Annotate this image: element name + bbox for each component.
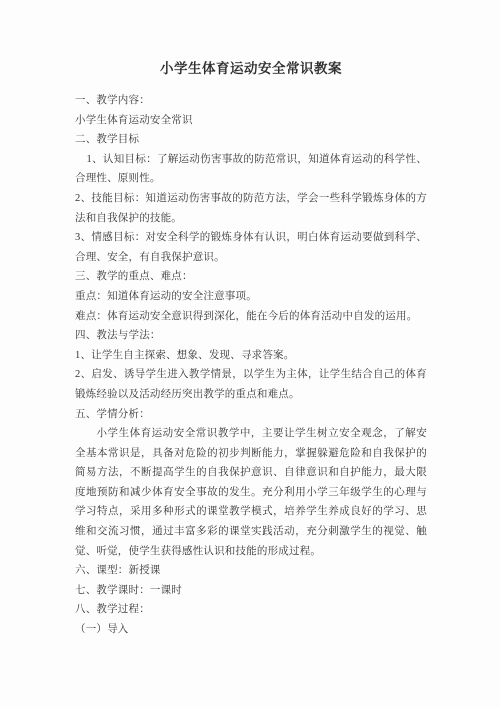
objective-skill: 2、技能目标：知道运动伤害事故的防范方法，学会一些科学锻炼身体的方法和自我保护的… <box>75 189 427 228</box>
document-page: 小学生体育运动安全常识教案 一、教学内容： 小学生体育运动安全常识 二、教学目标… <box>0 0 500 707</box>
process-step-intro: （一）导入 <box>75 620 427 640</box>
method-2: 2、启发、诱导学生进入教学情景，以学生为主体，让学生结合自己的体育锻炼经验以及活… <box>75 365 427 404</box>
learner-analysis-body: 小学生体育运动安全常识教学中，主要让学生树立安全观念，了解安全基本常识是，具备对… <box>75 424 427 561</box>
heading-teaching-objectives: 二、教学目标 <box>75 130 427 150</box>
heading-teaching-methods: 四、教法与学法： <box>75 326 427 346</box>
text-course-name: 小学生体育运动安全常识 <box>75 111 427 131</box>
heading-teaching-content: 一、教学内容： <box>75 91 427 111</box>
objective-cognitive: 1、认知目标：了解运动伤害事故的防范常识，知道体育运动的科学性、合理性、原则性。 <box>75 150 427 189</box>
heading-class-hours: 七、教学课时：一课时 <box>75 581 427 601</box>
objective-emotional: 3、情感目标：对安全科学的锻炼身体有认识，明白体育运动要做到科学、合理、安全，有… <box>75 228 427 267</box>
key-point: 重点：知道体育运动的安全注意事项。 <box>75 287 427 307</box>
heading-learner-analysis: 五、学情分析： <box>75 405 427 425</box>
document-content: 小学生体育运动安全常识教案 一、教学内容： 小学生体育运动安全常识 二、教学目标… <box>75 57 427 640</box>
heading-teaching-process: 八、教学过程： <box>75 600 427 620</box>
document-title: 小学生体育运动安全常识教案 <box>75 57 427 81</box>
method-1: 1、让学生自主探索、想象、发现、寻求答案。 <box>75 346 427 366</box>
heading-key-difficult-points: 三、教学的重点、难点： <box>75 267 427 287</box>
difficult-point: 难点：体育运动安全意识得到深化，能在今后的体育活动中自发的运用。 <box>75 307 427 327</box>
heading-lesson-type: 六、课型：新授课 <box>75 561 427 581</box>
